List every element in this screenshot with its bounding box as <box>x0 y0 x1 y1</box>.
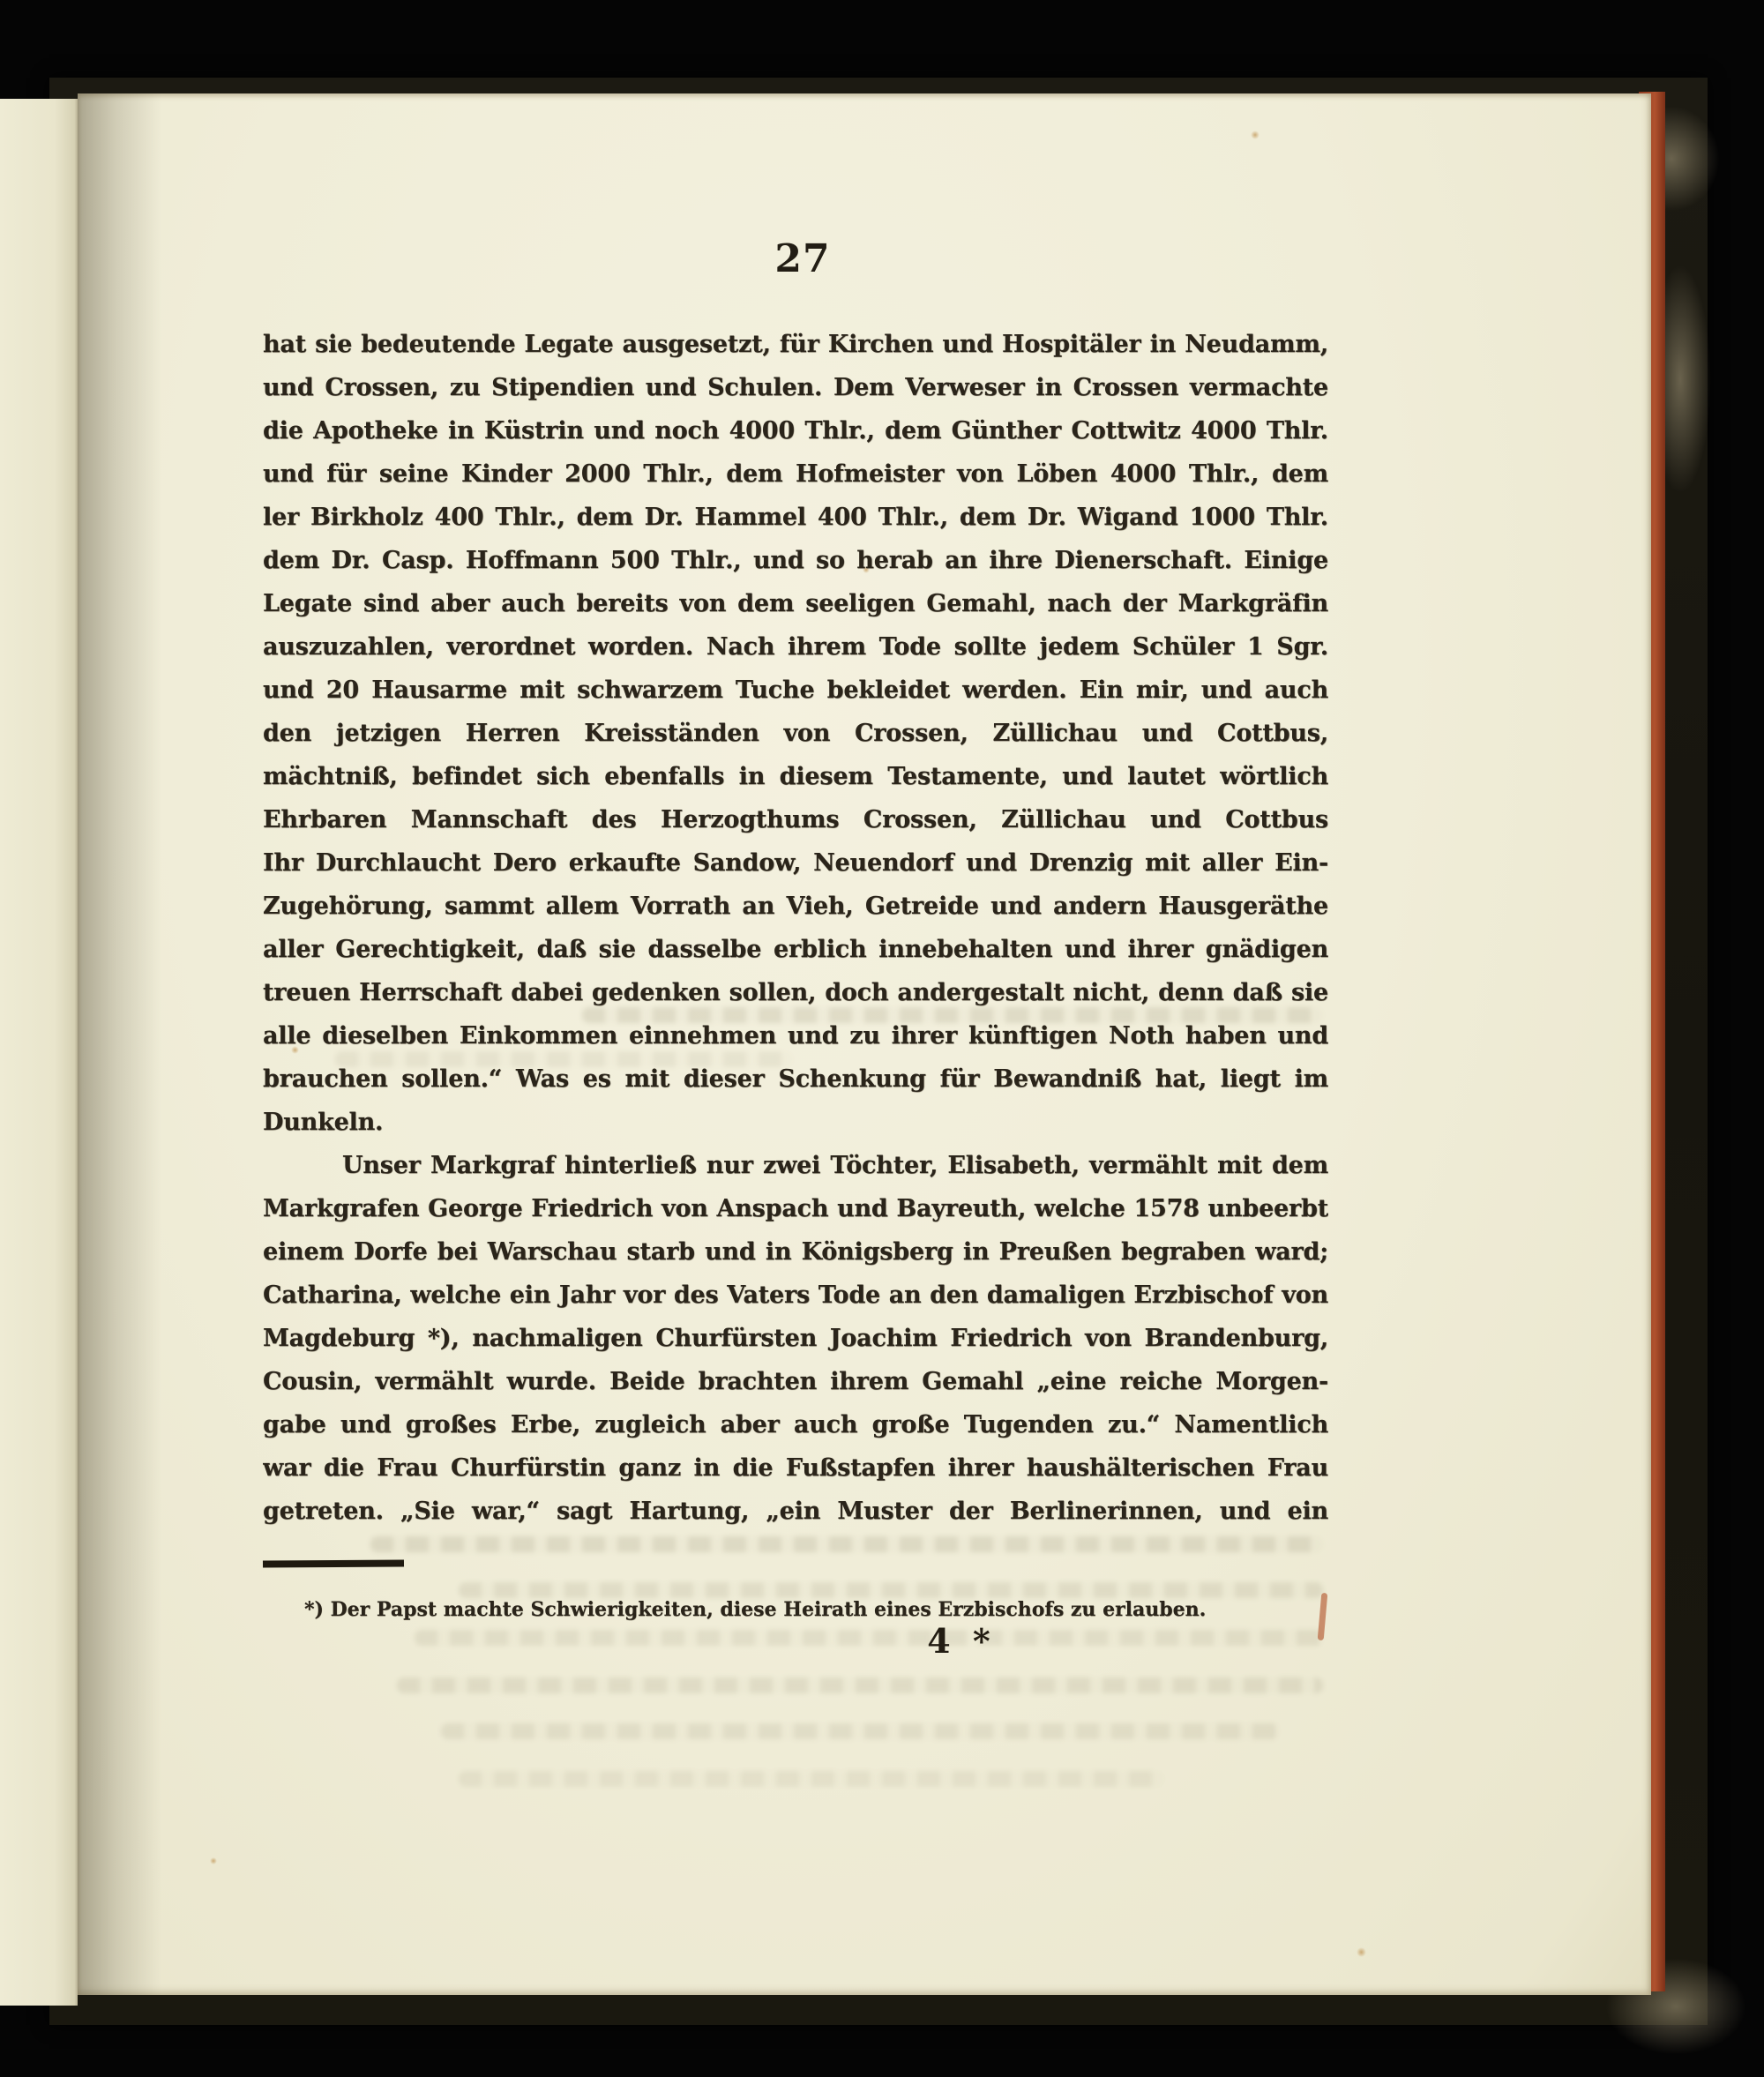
showthrough-smudge <box>459 1771 1164 1787</box>
text-line: und 20 Hausarme mit schwarzem Tuche bekl… <box>263 669 1328 712</box>
text-line: und für seine Kinder 2000 Thlr., dem Hof… <box>263 452 1328 496</box>
text-line: Dunkeln. <box>263 1101 1328 1144</box>
text-line: Markgrafen George Friedrich von Anspach … <box>263 1187 1328 1230</box>
text-line: Ihr Durchlaucht Dero erkaufte Sandow, Ne… <box>263 841 1328 885</box>
gutter-shadow <box>78 93 161 1995</box>
text-line: brauchen sollen.“ Was es mit dieser Sche… <box>263 1057 1328 1101</box>
text-line: dem Dr. Casp. Hoffmann 500 Thlr., und so… <box>263 539 1328 582</box>
text-line: Zugehörung, sammt allem Vorrath an Vieh,… <box>263 885 1328 928</box>
showthrough-smudge <box>397 1677 1323 1693</box>
book-scan: 27 hat sie bedeutende Legate ausgesetzt,… <box>0 0 1764 2077</box>
footnote-rule <box>263 1559 404 1567</box>
text-line: getreten. „Sie war,“ sagt Hartung, „ein … <box>263 1490 1328 1533</box>
showthrough-smudge <box>370 1536 1323 1552</box>
fox-spot <box>210 1857 217 1864</box>
text-line: war die Frau Churfürstin ganz in die Fuß… <box>263 1446 1328 1490</box>
text-line: ler Birkholz 400 Thlr., dem Dr. Hammel 4… <box>263 496 1328 539</box>
page-stack-edge <box>0 99 78 2006</box>
text-line: gabe und großes Erbe, zugleich aber auch… <box>263 1403 1328 1446</box>
text-line: treuen Herrschaft dabei gedenken sollen,… <box>263 971 1328 1014</box>
text-line: aller Gerechtigkeit, daß sie dasselbe er… <box>263 928 1328 971</box>
text-line: Magdeburg *), nachmaligen Churfürsten Jo… <box>263 1317 1328 1360</box>
showthrough-smudge <box>415 1630 1323 1646</box>
showthrough-smudge <box>441 1723 1279 1739</box>
text-line: den jetzigen Herren Kreisständen von Cro… <box>263 712 1328 755</box>
signature-mark: 4 * <box>908 1621 1014 1661</box>
text-line: alle dieselben Einkommen einnehmen und z… <box>263 1014 1328 1057</box>
text-line: auszuzahlen, verordnet worden. Nach ihre… <box>263 625 1328 669</box>
text-line: und Crossen, zu Stipendien und Schulen. … <box>263 366 1328 409</box>
text-line: Unser Markgraf hinterließ nur zwei Töcht… <box>263 1144 1328 1187</box>
fox-spot <box>1357 1947 1366 1957</box>
text-line: Legate sind aber auch bereits von dem se… <box>263 582 1328 625</box>
text-line: die Apotheke in Küstrin und noch 4000 Th… <box>263 409 1328 452</box>
page-number: 27 <box>750 236 856 281</box>
text-line: hat sie bedeutende Legate ausgesetzt, fü… <box>263 323 1328 366</box>
text-line: Catharina, welche ein Jahr vor des Vater… <box>263 1274 1328 1317</box>
text-line: mächtniß, befindet sich ebenfalls in die… <box>263 755 1328 798</box>
text-line: Cousin, vermählt wurde. Beide brachten i… <box>263 1360 1328 1403</box>
text-line: Ehrbaren Mannschaft des Herzogthums Cros… <box>263 798 1328 841</box>
fox-spot <box>1251 131 1259 139</box>
text-line: einem Dorfe bei Warschau starb und in Kö… <box>263 1230 1328 1274</box>
